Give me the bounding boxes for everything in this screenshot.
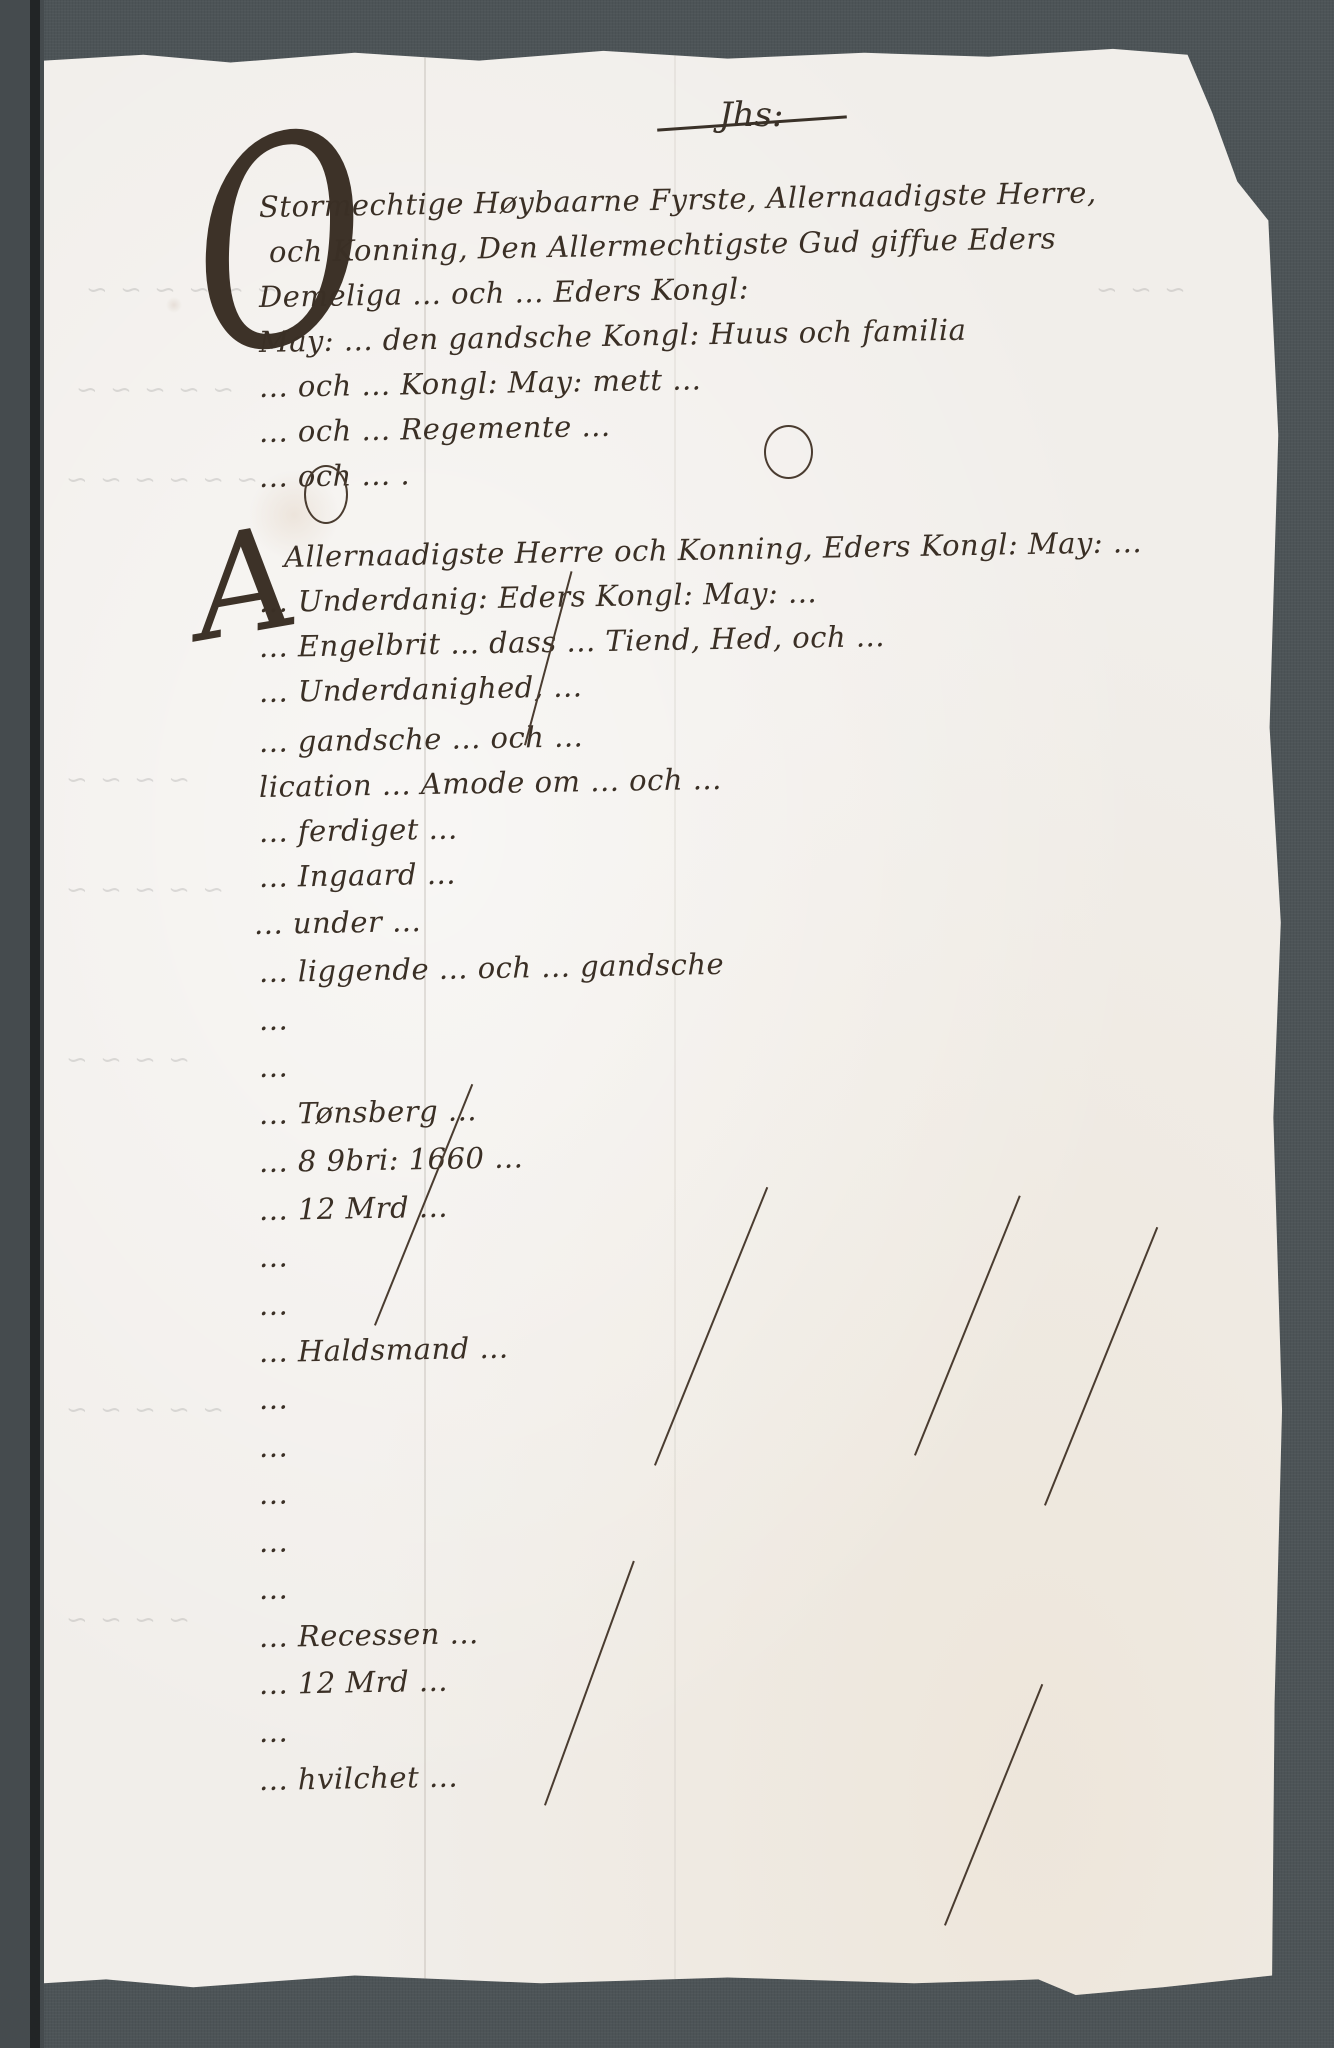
descender-stroke xyxy=(544,1561,635,1806)
manuscript-line: ... Recessen ... xyxy=(259,1616,479,1654)
manuscript-line: ... Haldsmand ... xyxy=(259,1331,509,1369)
manuscript-line: ... ferdiget ... xyxy=(259,812,458,849)
manuscript-line: Allernaadigste Herre och Konning, Eders … xyxy=(284,525,1143,574)
manuscript-line: ... hvilchet ... xyxy=(259,1760,459,1797)
manuscript-line: ... xyxy=(259,1571,289,1606)
bleed-through-text: ~ ~ ~ ~ xyxy=(64,1045,190,1075)
descender-stroke xyxy=(1044,1227,1158,1506)
manuscript-line: ... xyxy=(259,1524,289,1559)
bleed-through-text: ~ ~ ~ ~ ~ xyxy=(64,1395,224,1425)
descender-stroke xyxy=(944,1684,1043,1926)
bleed-through-text: ~ ~ ~ ~ xyxy=(64,1605,190,1635)
descender-stroke xyxy=(914,1195,1021,1455)
manuscript-line: och Konning, Den Allermechtigste Gud gif… xyxy=(269,221,1057,269)
manuscript-line: ... 12 Mrd ... xyxy=(259,1664,449,1701)
manuscript-line: ... xyxy=(259,1239,289,1274)
manuscript-line: ... Underdanig: Eders Kongl: May: ... xyxy=(259,575,818,619)
bleed-through-text: ~ ~ ~ ~ ~ xyxy=(64,875,224,905)
manuscript-line: ... under ... xyxy=(254,904,422,941)
manuscript-line: lication ... Amode om ... och ... xyxy=(259,762,722,804)
descender-stroke xyxy=(654,1187,768,1466)
manuscript-line: Stormechtige Høybaarne Fyrste, Allernaad… xyxy=(259,175,1097,224)
manuscript-line: ... xyxy=(259,1049,289,1084)
spine-shadow-line xyxy=(30,0,40,2048)
bleed-through-text: ~ ~ ~ xyxy=(1094,275,1186,305)
manuscript-line: ... xyxy=(259,1287,289,1322)
manuscript-line: ... xyxy=(259,1476,289,1511)
manuscript-line: ... gandsche ... och ... xyxy=(259,719,584,759)
manuscript-line: ... Engelbrit ... dass ... Tiend, Hed, o… xyxy=(259,619,886,664)
heading-jhs: Jhs: xyxy=(719,95,783,135)
manuscript-line: ... Tønsberg ... xyxy=(259,1093,478,1131)
manuscript-line: ... xyxy=(259,1002,289,1037)
bleed-through-text: ~ ~ ~ ~ xyxy=(64,765,190,795)
manuscript-line: ... xyxy=(259,1381,289,1416)
manuscript-line: ... och ... Regemente ... xyxy=(259,409,611,449)
manuscript-line-date: ... 8 9bri: 1660 ... xyxy=(259,1140,524,1179)
manuscript-line: ... xyxy=(259,1429,289,1464)
manuscript-line: ... xyxy=(259,1714,289,1749)
manuscript-line: ... Ingaard ... xyxy=(259,857,457,894)
ink-flourish xyxy=(764,425,813,479)
manuscript-page: ~ ~ ~ ~ ~ ~ ~ ~ ~ ~ ~ ~ ~ ~ ~ ~ ~ ~ ~ ~ … xyxy=(44,45,1287,1995)
bleed-through-text: ~ ~ ~ ~ ~ ~ xyxy=(64,465,258,495)
ink-flourish xyxy=(304,465,348,524)
manuscript-line: ... liggende ... och ... gandsche xyxy=(259,947,725,989)
manuscript-line: ... och ... Kongl: May: mett ... xyxy=(259,362,702,404)
